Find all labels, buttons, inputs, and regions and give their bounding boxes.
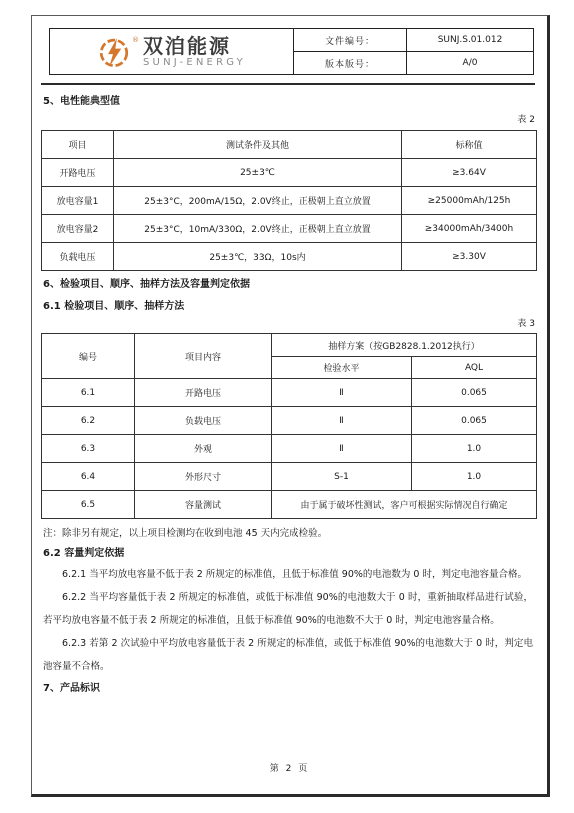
section5-title: 5、电性能典型值: [43, 95, 547, 109]
table2-cell: 负载电压: [42, 243, 114, 271]
header-table: ® 双洎能源 SUNJ-ENERGY 文件编号： SUNJ.S.01.012 版…: [49, 28, 534, 75]
table3-cell: Ⅱ: [272, 435, 412, 463]
table3-header-level: 检验水平: [272, 357, 412, 379]
page-number: 第 2 页: [32, 761, 547, 774]
table2-header-nominal: 标称值: [402, 131, 537, 159]
document-page: ® 双洎能源 SUNJ-ENERGY 文件编号： SUNJ.S.01.012 版…: [0, 0, 574, 813]
table3-header-item: 项目内容: [135, 334, 272, 379]
company-logo: ® 双洎能源 SUNJ-ENERGY: [50, 29, 294, 75]
table2-header-row: 项目 测试条件及其他 标称值: [42, 131, 537, 159]
version-label: 版本版号：: [294, 52, 407, 75]
table3-cell: 1.0: [412, 435, 537, 463]
section62-title: 6.2 容量判定依据: [43, 547, 547, 561]
doc-number-value: SUNJ.S.01.012: [407, 29, 534, 52]
table3-cell: 外形尺寸: [135, 463, 272, 491]
table-row: 放电容量1 25±3°C，200mA/15Ω，2.0V终止，正极朝上直立放置 ≥…: [42, 187, 537, 215]
header-divider: [41, 83, 535, 85]
table-row: 开路电压 25±3℃ ≥3.64V: [42, 159, 537, 187]
table2-cell: 放电容量1: [42, 187, 114, 215]
table3-cell: 6.4: [42, 463, 135, 491]
table2-header-item: 项目: [42, 131, 114, 159]
table2-cell: 25±3℃，33Ω，10s内: [114, 243, 402, 271]
table3: 编号 项目内容 抽样方案（按GB2828.1.2012执行） 检验水平 AQL …: [41, 333, 537, 519]
table3-cell: 0.065: [412, 379, 537, 407]
paragraph-623: 6.2.3 若第 2 次试验中平均放电容量低于表 2 所规定的标准值，或低于标准…: [43, 632, 533, 678]
table-row: 放电容量2 25±3°C，10mA/330Ω，2.0V终止，正极朝上直立放置 ≥…: [42, 215, 537, 243]
section6-title: 6、检验项目、顺序、抽样方法及容量判定依据: [43, 278, 547, 292]
lightning-bolt-logo-icon: [97, 35, 131, 69]
table2-header-condition: 测试条件及其他: [114, 131, 402, 159]
table-row: 负载电压 25±3℃，33Ω，10s内 ≥3.30V: [42, 243, 537, 271]
table3-cell: 0.065: [412, 407, 537, 435]
table3-cell: 6.1: [42, 379, 135, 407]
table2-cell: 25±3°C，10mA/330Ω，2.0V终止，正极朝上直立放置: [114, 215, 402, 243]
table2-cell: 25±3°C，200mA/15Ω，2.0V终止，正极朝上直立放置: [114, 187, 402, 215]
registered-mark-icon: ®: [132, 36, 139, 44]
section7-title: 7、产品标识: [43, 682, 547, 696]
table3-cell: 外观: [135, 435, 272, 463]
table2-label: 表 2: [41, 114, 535, 126]
table3-cell: Ⅱ: [272, 379, 412, 407]
table3-cell: Ⅱ: [272, 407, 412, 435]
table-row: 6.3 外观 Ⅱ 1.0: [42, 435, 537, 463]
table-row: 6.5 容量测试 由于属于破坏性测试，客户可根据实际情况自行确定: [42, 491, 537, 519]
table3-label: 表 3: [41, 318, 535, 330]
paragraph-622: 6.2.2 当平均容量低于表 2 所规定的标准值，或低于标准值 90%的电池数大…: [43, 586, 533, 632]
page-frame: ® 双洎能源 SUNJ-ENERGY 文件编号： SUNJ.S.01.012 版…: [31, 15, 550, 797]
table-row: 6.4 外形尺寸 S-1 1.0: [42, 463, 537, 491]
table2-cell: 25±3℃: [114, 159, 402, 187]
table2-cell: 开路电压: [42, 159, 114, 187]
table2-cell: ≥3.30V: [402, 243, 537, 271]
table2-cell: ≥25000mAh/125h: [402, 187, 537, 215]
table3-cell: 负载电压: [135, 407, 272, 435]
table3-cell: 1.0: [412, 463, 537, 491]
table2-cell: 放电容量2: [42, 215, 114, 243]
table3-cell-merged: 由于属于破坏性测试，客户可根据实际情况自行确定: [272, 491, 537, 519]
table3-header-no: 编号: [42, 334, 135, 379]
table3-cell: 6.5: [42, 491, 135, 519]
table2: 项目 测试条件及其他 标称值 开路电压 25±3℃ ≥3.64V 放电容量1 2…: [41, 130, 537, 271]
table3-cell: S-1: [272, 463, 412, 491]
version-value: A/0: [407, 52, 534, 75]
inspection-note: 注：除非另有规定，以上项目检测均在收到电池 45 天内完成检验。: [43, 527, 533, 540]
logo-english-name: SUNJ-ENERGY: [143, 58, 246, 68]
paragraph-621: 6.2.1 当平均放电容量不低于表 2 所规定的标准值，且低于标准值 90%的电…: [43, 563, 533, 586]
table-row: 6.1 开路电压 Ⅱ 0.065: [42, 379, 537, 407]
logo-chinese-name: 双洎能源: [143, 36, 231, 56]
table3-cell: 6.3: [42, 435, 135, 463]
table3-cell: 容量测试: [135, 491, 272, 519]
table3-header-aql: AQL: [412, 357, 537, 379]
section61-title: 6.1 检验项目、顺序、抽样方法: [43, 300, 547, 314]
table2-cell: ≥3.64V: [402, 159, 537, 187]
table-row: 6.2 负载电压 Ⅱ 0.065: [42, 407, 537, 435]
table2-cell: ≥34000mAh/3400h: [402, 215, 537, 243]
table3-cell: 6.2: [42, 407, 135, 435]
doc-number-label: 文件编号：: [294, 29, 407, 52]
table3-header-sampling: 抽样方案（按GB2828.1.2012执行）: [272, 334, 537, 357]
table3-header-row-1: 编号 项目内容 抽样方案（按GB2828.1.2012执行）: [42, 334, 537, 357]
table3-cell: 开路电压: [135, 379, 272, 407]
